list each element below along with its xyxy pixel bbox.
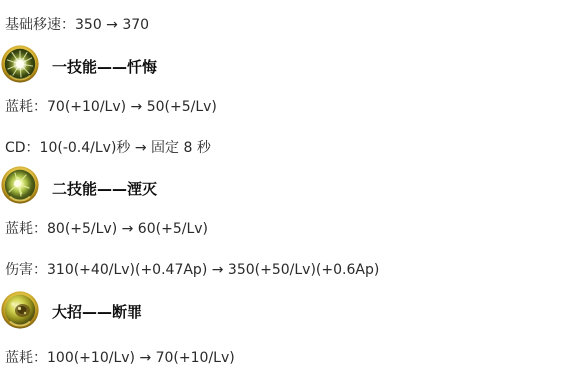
skill-patch-notes: 基础移速：350 → 370 bbox=[0, 0, 567, 369]
skill1-title: 一技能——忏悔 bbox=[52, 58, 157, 77]
base-move-speed-line: 基础移速：350 → 370 bbox=[5, 16, 149, 34]
skill1-cooldown-line: CD：10(-0.4/Lv)秒 → 固定 8 秒 bbox=[5, 139, 211, 157]
ultimate-title: 大招——断罪 bbox=[52, 303, 142, 322]
skill2-mana-cost-line: 蓝耗：80(+5/Lv) → 60(+5/Lv) bbox=[5, 220, 208, 238]
skill1-icon bbox=[1, 45, 39, 83]
skill2-damage-line: 伤害：310(+40/Lv)(+0.47Ap) → 350(+50/Lv)(+0… bbox=[5, 261, 379, 279]
skill2-title: 二技能——湮灭 bbox=[52, 180, 157, 199]
ultimate-icon bbox=[1, 291, 39, 329]
skill2-icon bbox=[1, 166, 39, 204]
ultimate-mana-cost-line: 蓝耗：100(+10/Lv) → 70(+10/Lv) bbox=[5, 349, 235, 367]
skill1-mana-cost-line: 蓝耗：70(+10/Lv) → 50(+5/Lv) bbox=[5, 98, 217, 116]
